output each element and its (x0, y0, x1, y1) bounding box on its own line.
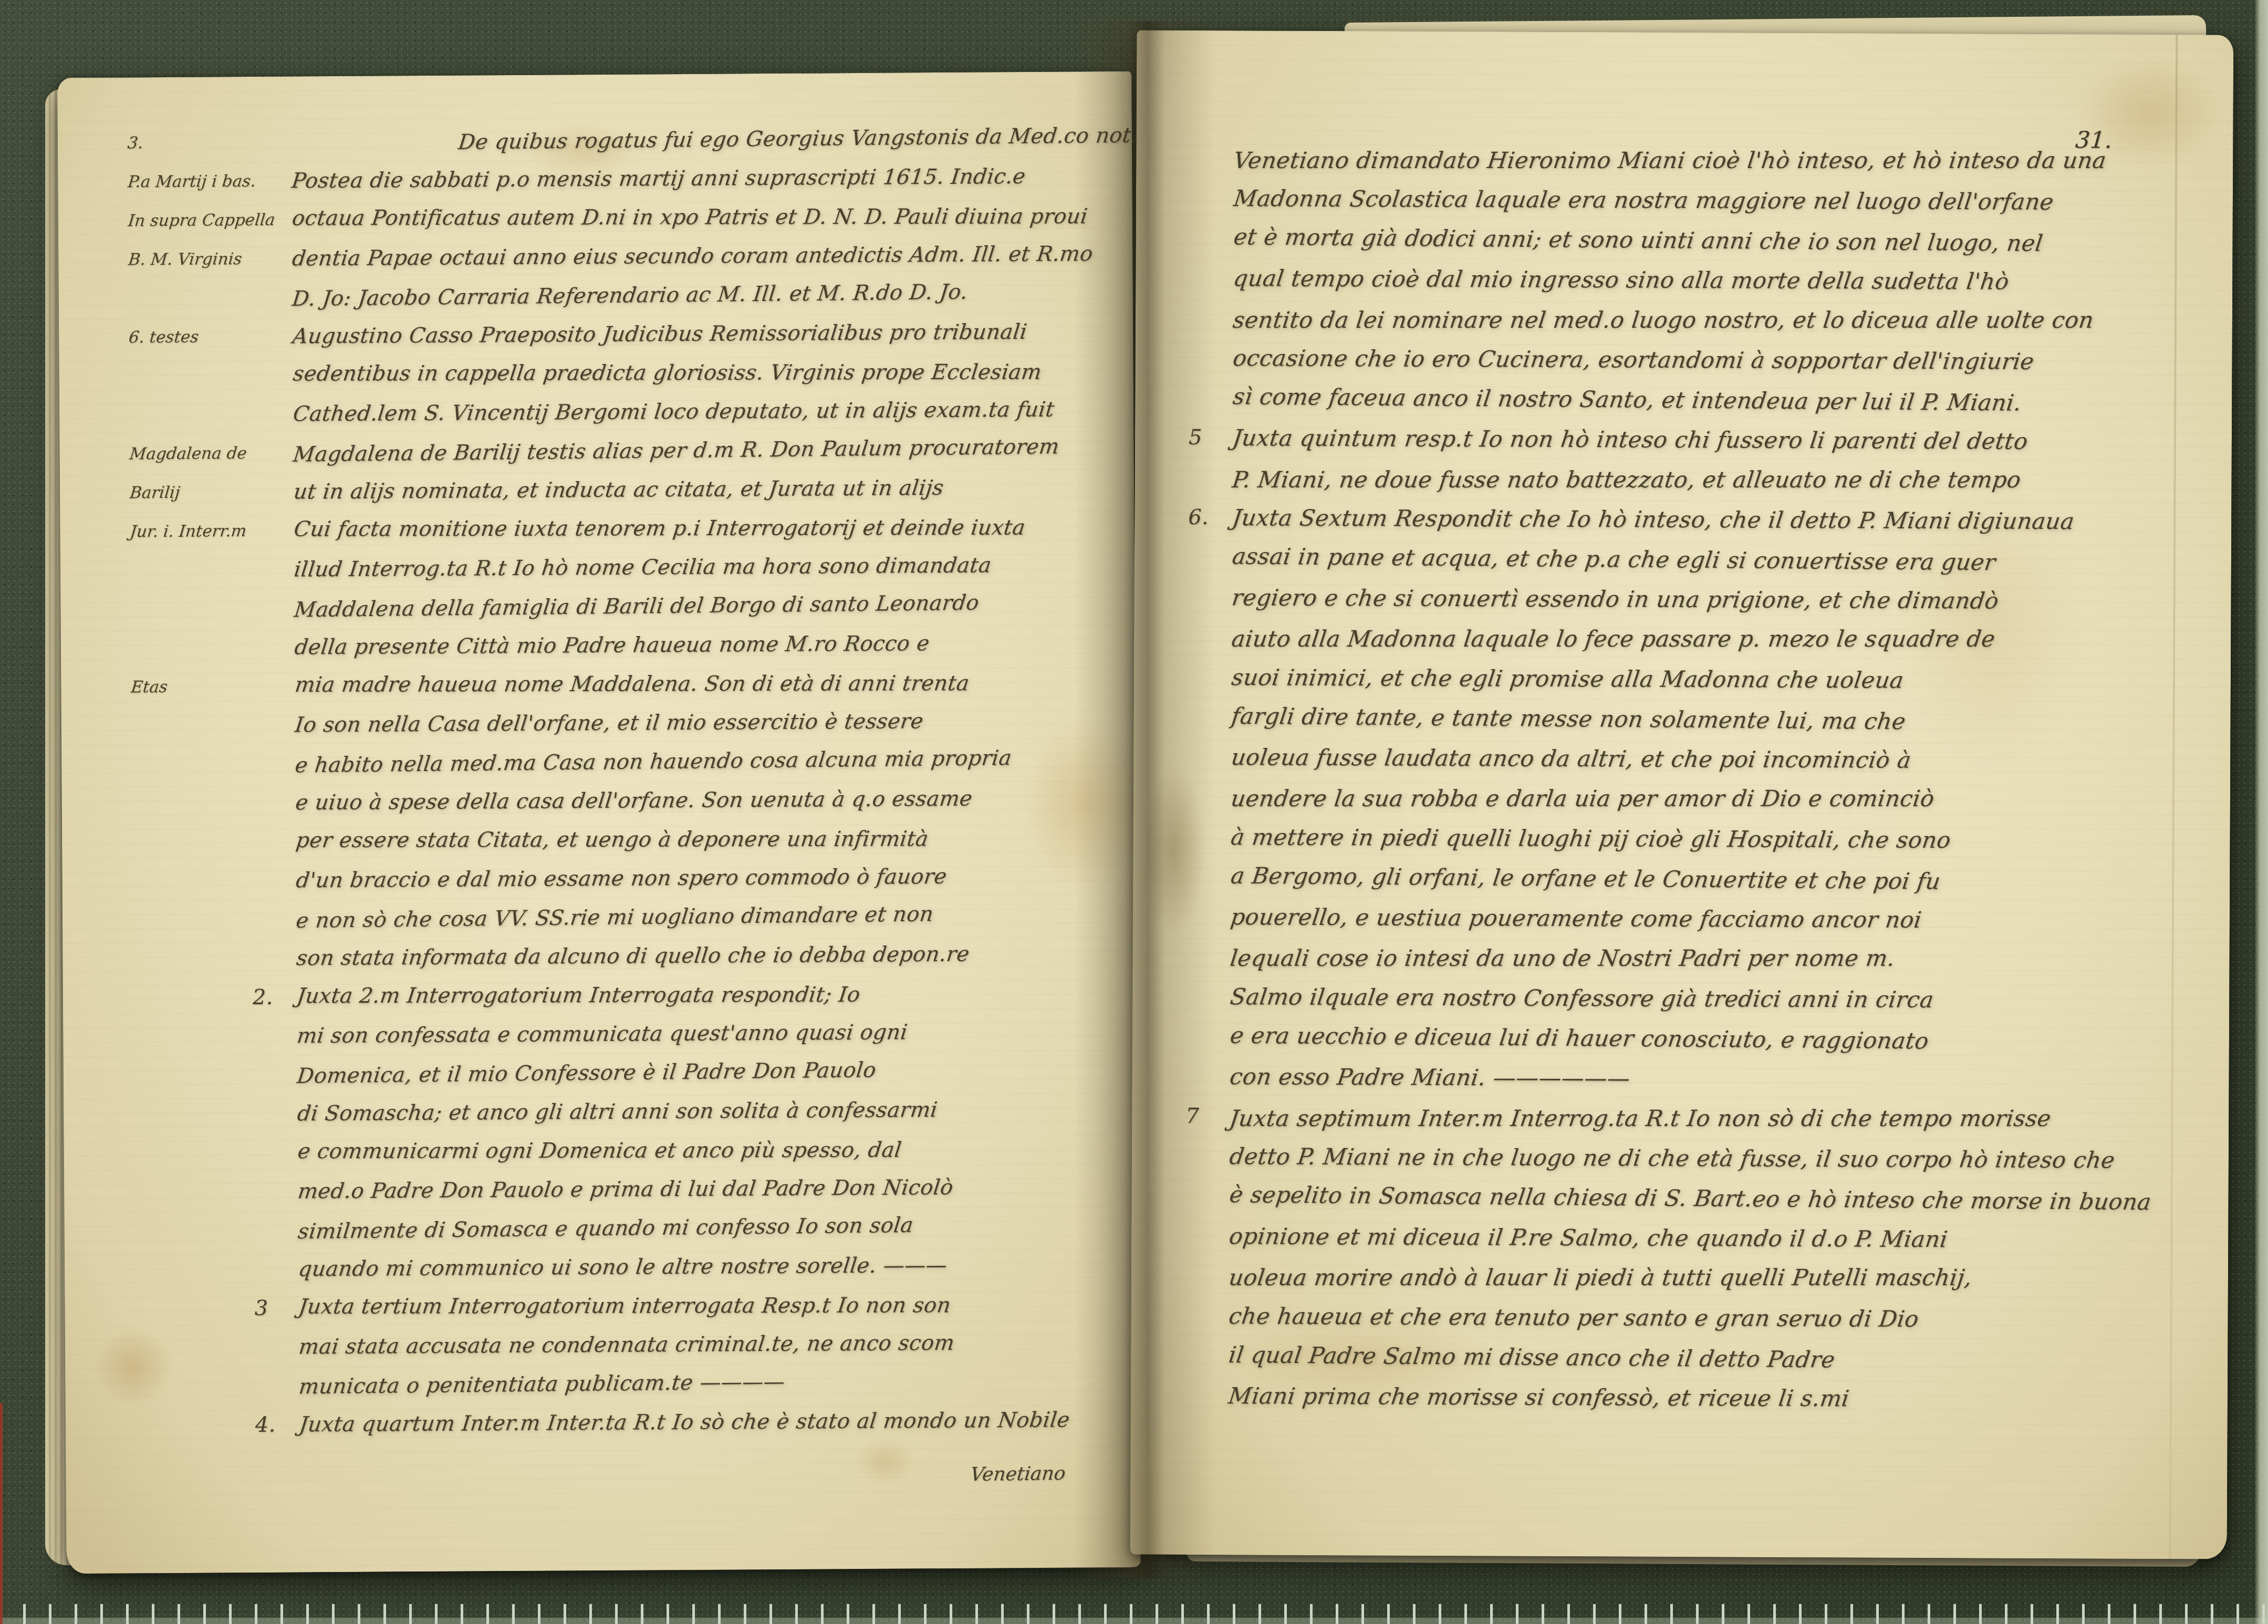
line-text: d'un braccio e dal mio essame non spero … (294, 857, 949, 900)
line-text: sì come faceua anco il nostro Santo, et … (1231, 377, 2024, 423)
margin-note: Barilij (128, 473, 289, 513)
manuscript-line: assai in pane et acqua, et che p.a che e… (1232, 538, 2183, 582)
manuscript-line: Madonna Scolastica laquale era nostra ma… (1234, 179, 2184, 223)
line-text: Venetiano dimandato Hieronimo Miani cioè… (1231, 141, 2108, 181)
line-text: sedentibus in cappella praedicta glorios… (291, 353, 1044, 393)
line-text: opinione et mi diceua il P.re Salmo, che… (1226, 1216, 1950, 1259)
manuscript-line: con esso Padre Miani. —————— (1230, 1057, 2180, 1101)
manuscript-line: mi son confessata e communicata quest'an… (297, 1012, 1124, 1056)
left-page-text-block: 3.De quibus rogatus fui ego Georgius Van… (292, 118, 1127, 1444)
manuscript-line: Magdalena deMagdalena de Barilij testis … (293, 429, 1120, 473)
manuscript-line: fargli dire tante, e tante messe non sol… (1231, 698, 2182, 742)
right-page: 31. Venetiano dimandato Hieronimo Miani … (1130, 30, 2234, 1559)
manuscript-line: Maddalena della famiglia di Barili del B… (294, 584, 1121, 628)
manuscript-line: P.a Martij i bas.Postea die sabbati p.o … (292, 157, 1119, 201)
line-text: Postea die sabbati p.o mensis martij ann… (289, 157, 1027, 201)
manuscript-line: detto P. Miani ne in che luogo ne di che… (1230, 1137, 2180, 1181)
line-text: regiero e che si conuertì essendo in una… (1230, 578, 2001, 621)
line-text: assai in pane et acqua, et che p.a che e… (1230, 536, 1998, 582)
ruler-ticks (0, 1604, 2268, 1624)
line-text: e non sò che cosa VV. SS.rie mi uogliano… (294, 894, 936, 940)
manuscript-line: uoleua morire andò à lauar li piedi à tu… (1229, 1256, 2180, 1300)
paragraph-number: 6. (1188, 498, 1208, 537)
margin-note: Jur. i. Interr.m (128, 512, 289, 551)
line-text: uoleua morire andò à lauar li piedi à tu… (1226, 1258, 1974, 1298)
line-text: Augustino Casso Praeposito Judicibus Rem… (290, 313, 1029, 356)
manuscript-line: e era uecchio e diceua lui di hauer cono… (1230, 1017, 2181, 1061)
line-text: octaua Pontificatus autem D.ni in xpo Pa… (290, 197, 1090, 237)
line-text: à mettere in piedi quelli luoghi pij cio… (1229, 817, 1953, 860)
manuscript-line: sì come faceua anco il nostro Santo, et … (1233, 378, 2183, 422)
manuscript-line: Cathed.lem S. Vincentij Bergomi loco dep… (293, 390, 1120, 434)
line-text: illud Interrog.ta R.t Io hò nome Cecilia… (292, 546, 994, 589)
line-text: Domenica, et il mio Confessore è il Padr… (295, 1050, 878, 1096)
line-text: e era uecchio e diceua lui di hauer cono… (1227, 1016, 1931, 1061)
line-text: P. Miani, ne doue fusse nato battezzato,… (1230, 460, 2023, 500)
manuscript-line: son stata informata da alcuno di quello … (296, 934, 1123, 978)
line-text: mai stata accusata ne condennata crimina… (297, 1324, 957, 1367)
line-text: pouerello, e uestiua poueramente come fa… (1228, 897, 1924, 940)
line-text: mia madre haueua nome Maddalena. Son di … (293, 664, 972, 704)
manuscript-line: similmente di Somasca e quando mi confes… (298, 1206, 1126, 1250)
line-text: Juxta septimum Inter.m Interrog.ta R.t I… (1227, 1099, 2053, 1139)
left-page: 3.De quibus rogatus fui ego Georgius Van… (57, 71, 1140, 1574)
line-text: fargli dire tante, e tante messe non sol… (1229, 696, 1908, 742)
line-text: Juxta quintum resp.t Io non hò inteso ch… (1230, 418, 2030, 462)
line-text: Juxta quartum Inter.m Inter.ta R.t Io sò… (297, 1401, 1072, 1444)
line-text: Juxta Sextum Respondit che Io hò inteso,… (1230, 498, 2076, 542)
paragraph-number: 3 (254, 1289, 268, 1328)
manuscript-line: Domenica, et il mio Confessore è il Padr… (297, 1050, 1125, 1095)
line-text: il qual Padre Salmo mi disse anco che il… (1226, 1335, 1838, 1380)
manuscript-line: lequali cose io intesi da uno de Nostri … (1230, 937, 2181, 981)
manuscript-line: suoi inimici, et che egli promise alla M… (1232, 658, 2182, 702)
manuscript-photo: 3.De quibus rogatus fui ego Georgius Van… (0, 0, 2268, 1624)
catchword: Venetiano (969, 1463, 1066, 1485)
margin-note: Etas (129, 667, 290, 707)
paragraph-number: 5 (1189, 418, 1202, 457)
left-edge-red-mark (0, 1403, 3, 1624)
margin-note: 6. testes (127, 317, 288, 357)
manuscript-line: municata o penitentiata publicam.te ———— (299, 1361, 1126, 1406)
line-text: D. Jo: Jacobo Carraria Referendario ac M… (290, 273, 970, 319)
manuscript-line: mai stata accusata ne condennata crimina… (299, 1323, 1126, 1367)
manuscript-line: uoleua fusse laudata anco da altri, et c… (1231, 737, 2182, 782)
line-text: med.o Padre Don Pauolo e prima di lui da… (296, 1168, 955, 1211)
paragraph-number: 7 (1185, 1097, 1199, 1136)
manuscript-line: a Bergomo, gli orfani, le orfane et le C… (1231, 857, 2181, 901)
manuscript-line: 7Juxta septimum Inter.m Interrog.ta R.t … (1230, 1097, 2180, 1141)
manuscript-line: 2.Juxta 2.m Interrogatorium Interrogata … (297, 973, 1124, 1017)
manuscript-line: occasione che io ero Cucinera, esortando… (1233, 338, 2183, 382)
manuscript-line: e uiuo à spese della casa dell'orfane. S… (296, 778, 1123, 823)
line-text: a Bergomo, gli orfani, le orfane et le C… (1229, 856, 1943, 902)
manuscript-line: Barilijut in alijs nominata, et inducta … (294, 467, 1121, 512)
line-text: lequali cose io intesi da uno de Nostri … (1228, 939, 1898, 978)
line-text: ut in alijs nominata, et inducta ac cita… (292, 469, 946, 512)
line-text: per essere stata Citata, et uengo à depo… (294, 819, 931, 860)
line-text: Salmo ilquale era nostro Confessore già … (1227, 977, 1936, 1020)
line-text: Juxta tertium Interrogatorium interrogat… (296, 1286, 953, 1326)
margin-note: In supra Cappella (126, 201, 287, 241)
line-text: mi son confessata e communicata quest'an… (295, 1013, 910, 1055)
manuscript-line: sedentibus in cappella praedicta glorios… (293, 351, 1120, 395)
line-text: Madonna Scolastica laquale era nostra ma… (1231, 179, 2056, 222)
manuscript-line: 3Juxta tertium Interrogatorium interroga… (298, 1284, 1126, 1328)
manuscript-line: et è morta già dodici anni; et sono uint… (1233, 218, 2184, 263)
manuscript-line: Venetiano dimandato Hieronimo Miani cioè… (1234, 139, 2184, 183)
manuscript-line: pouerello, e uestiua poueramente come fa… (1231, 897, 2181, 941)
manuscript-line: B. M. Virginisdentia Papae octaui anno e… (292, 234, 1119, 278)
stain (94, 1327, 173, 1407)
manuscript-line: P. Miani, ne doue fusse nato battezzato,… (1232, 458, 2183, 502)
line-text: Miani prima che morisse si confessò, et … (1226, 1376, 1851, 1419)
line-text: et è morta già dodici anni; et sono uint… (1231, 217, 2045, 264)
manuscript-line: opinione et mi diceua il P.re Salmo, che… (1229, 1216, 2180, 1261)
manuscript-line: di Somascha; et anco gli altri anni son … (297, 1089, 1125, 1133)
manuscript-line: della presente Città mio Padre haueua no… (295, 623, 1122, 667)
manuscript-line: è sepelito in Somasca nella chiesa di S.… (1229, 1177, 2180, 1221)
manuscript-line: qual tempo cioè dal mio ingresso sino al… (1233, 258, 2184, 303)
manuscript-line: Jur. i. Interr.mCui facta monitione iuxt… (294, 506, 1121, 550)
line-text: Cui facta monitione iuxta tenorem p.i In… (292, 508, 1027, 549)
manuscript-line: per essere stata Citata, et uengo à depo… (296, 817, 1123, 861)
line-text: detto P. Miani ne in che luogo ne di che… (1227, 1137, 2117, 1180)
manuscript-line: med.o Padre Don Pauolo e prima di lui da… (298, 1167, 1125, 1211)
line-text: è sepelito in Somasca nella chiesa di S.… (1227, 1175, 2153, 1222)
manuscript-line: sentito da lei nominare nel med.o luogo … (1233, 298, 2184, 342)
line-text: Maddalena della famiglia di Barili del B… (292, 584, 981, 630)
paragraph-number: 4. (255, 1406, 276, 1444)
manuscript-line: 4.Juxta quartum Inter.m Inter.ta R.t Io … (299, 1400, 1127, 1444)
mat-right-edge-strip (2254, 0, 2268, 1624)
manuscript-line: e non sò che cosa VV. SS.rie mi uogliano… (296, 895, 1123, 939)
manuscript-line: regiero e che si conuertì essendo in una… (1232, 578, 2182, 622)
line-text: quando mi communico ui sono le altre nos… (296, 1246, 950, 1289)
manuscript-line: 3.De quibus rogatus fui ego Georgius Van… (292, 118, 1119, 162)
manuscript-line: In supra Cappellaoctaua Pontificatus aut… (292, 195, 1119, 240)
paragraph-number: 2. (253, 978, 273, 1017)
margin-note: B. M. Virginis (127, 240, 288, 279)
manuscript-line: 6.Juxta Sextum Respondit che Io hò intes… (1232, 498, 2183, 542)
line-text: e habito nella med.ma Casa non hauendo c… (293, 738, 1014, 785)
line-text: municata o penitentiata publicam.te ———— (297, 1362, 787, 1407)
manuscript-line: e communicarmi ogni Domenica et anco più… (298, 1128, 1125, 1172)
margin-note: 3. (126, 123, 287, 163)
manuscript-line: illud Interrog.ta R.t Io hò nome Cecilia… (294, 545, 1121, 589)
manuscript-line: quando mi communico ui sono le altre nos… (298, 1245, 1126, 1289)
line-text: qual tempo cioè dal mio ingresso sino al… (1231, 258, 2011, 301)
right-page-text-block: Venetiano dimandato Hieronimo Miani cioè… (1229, 139, 2185, 1420)
manuscript-line: Salmo ilquale era nostro Confessore già … (1230, 977, 2181, 1021)
manuscript-line: che haueua et che era tenuto per santo e… (1229, 1296, 2179, 1340)
line-text: di Somascha; et anco gli altri anni son … (295, 1090, 940, 1133)
manuscript-line: il qual Padre Salmo mi disse anco che il… (1229, 1336, 2179, 1380)
manuscript-line: Miani prima che morisse si confessò, et … (1229, 1376, 2179, 1420)
manuscript-line: 5Juxta quintum resp.t Io non hò inteso c… (1233, 418, 2183, 462)
line-text: della presente Città mio Padre haueua no… (293, 624, 932, 667)
line-text: Cathed.lem S. Vincentij Bergomi loco dep… (291, 390, 1057, 434)
manuscript-line: d'un braccio e dal mio essame non spero … (296, 856, 1123, 900)
manuscript-line: à mettere in piedi quelli luoghi pij cio… (1231, 817, 2181, 861)
manuscript-line: e habito nella med.ma Casa non hauendo c… (295, 740, 1122, 784)
margin-note: P.a Martij i bas. (126, 162, 287, 202)
line-text: Io son nella Casa dell'orfane, et il mio… (293, 702, 926, 744)
manuscript-line: 6. testesAugustino Casso Praeposito Judi… (293, 312, 1120, 356)
stain (1142, 766, 1206, 934)
line-text: suoi inimici, et che egli promise alla M… (1229, 658, 1906, 701)
line-text: Magdalena de Barilij testis alias per d.… (291, 427, 1062, 474)
line-text: con esso Padre Miani. —————— (1227, 1057, 1632, 1098)
line-text: Juxta 2.m Interrogatorium Interrogata re… (295, 975, 862, 1015)
margin-note: Magdalena de (128, 434, 289, 474)
manuscript-line: uendere la sua robba e darla uia per amo… (1231, 777, 2182, 821)
line-text: similmente di Somasca e quando mi confes… (296, 1206, 915, 1251)
line-text: e communicarmi ogni Domenica et anco più… (296, 1131, 904, 1171)
manuscript-line: aiuto alla Madonna laquale lo fece passa… (1232, 618, 2182, 662)
line-text: sentito da lei nominare nel med.o luogo … (1231, 300, 2096, 340)
manuscript-line: Etasmia madre haueua nome Maddalena. Son… (295, 662, 1122, 706)
line-text: e uiuo à spese della casa dell'orfane. S… (293, 779, 974, 823)
line-text: aiuto alla Madonna laquale lo fece passa… (1229, 619, 1997, 659)
line-text: uendere la sua robba e darla uia per amo… (1229, 779, 1937, 819)
line-text: son stata informata da alcuno di quello … (294, 935, 972, 978)
line-text: uoleua fusse laudata anco da altri, et c… (1229, 737, 1913, 780)
line-text: occasione che io ero Cucinera, esortando… (1231, 338, 2036, 382)
line-text: che haueua et che era tenuto per santo e… (1226, 1296, 1921, 1339)
manuscript-line: D. Jo: Jacobo Carraria Referendario ac M… (293, 273, 1120, 317)
manuscript-line: Io son nella Casa dell'orfane, et il mio… (295, 701, 1122, 745)
line-text: dentia Papae octaui anno eius secundo co… (290, 234, 1095, 278)
stain (854, 1438, 917, 1486)
